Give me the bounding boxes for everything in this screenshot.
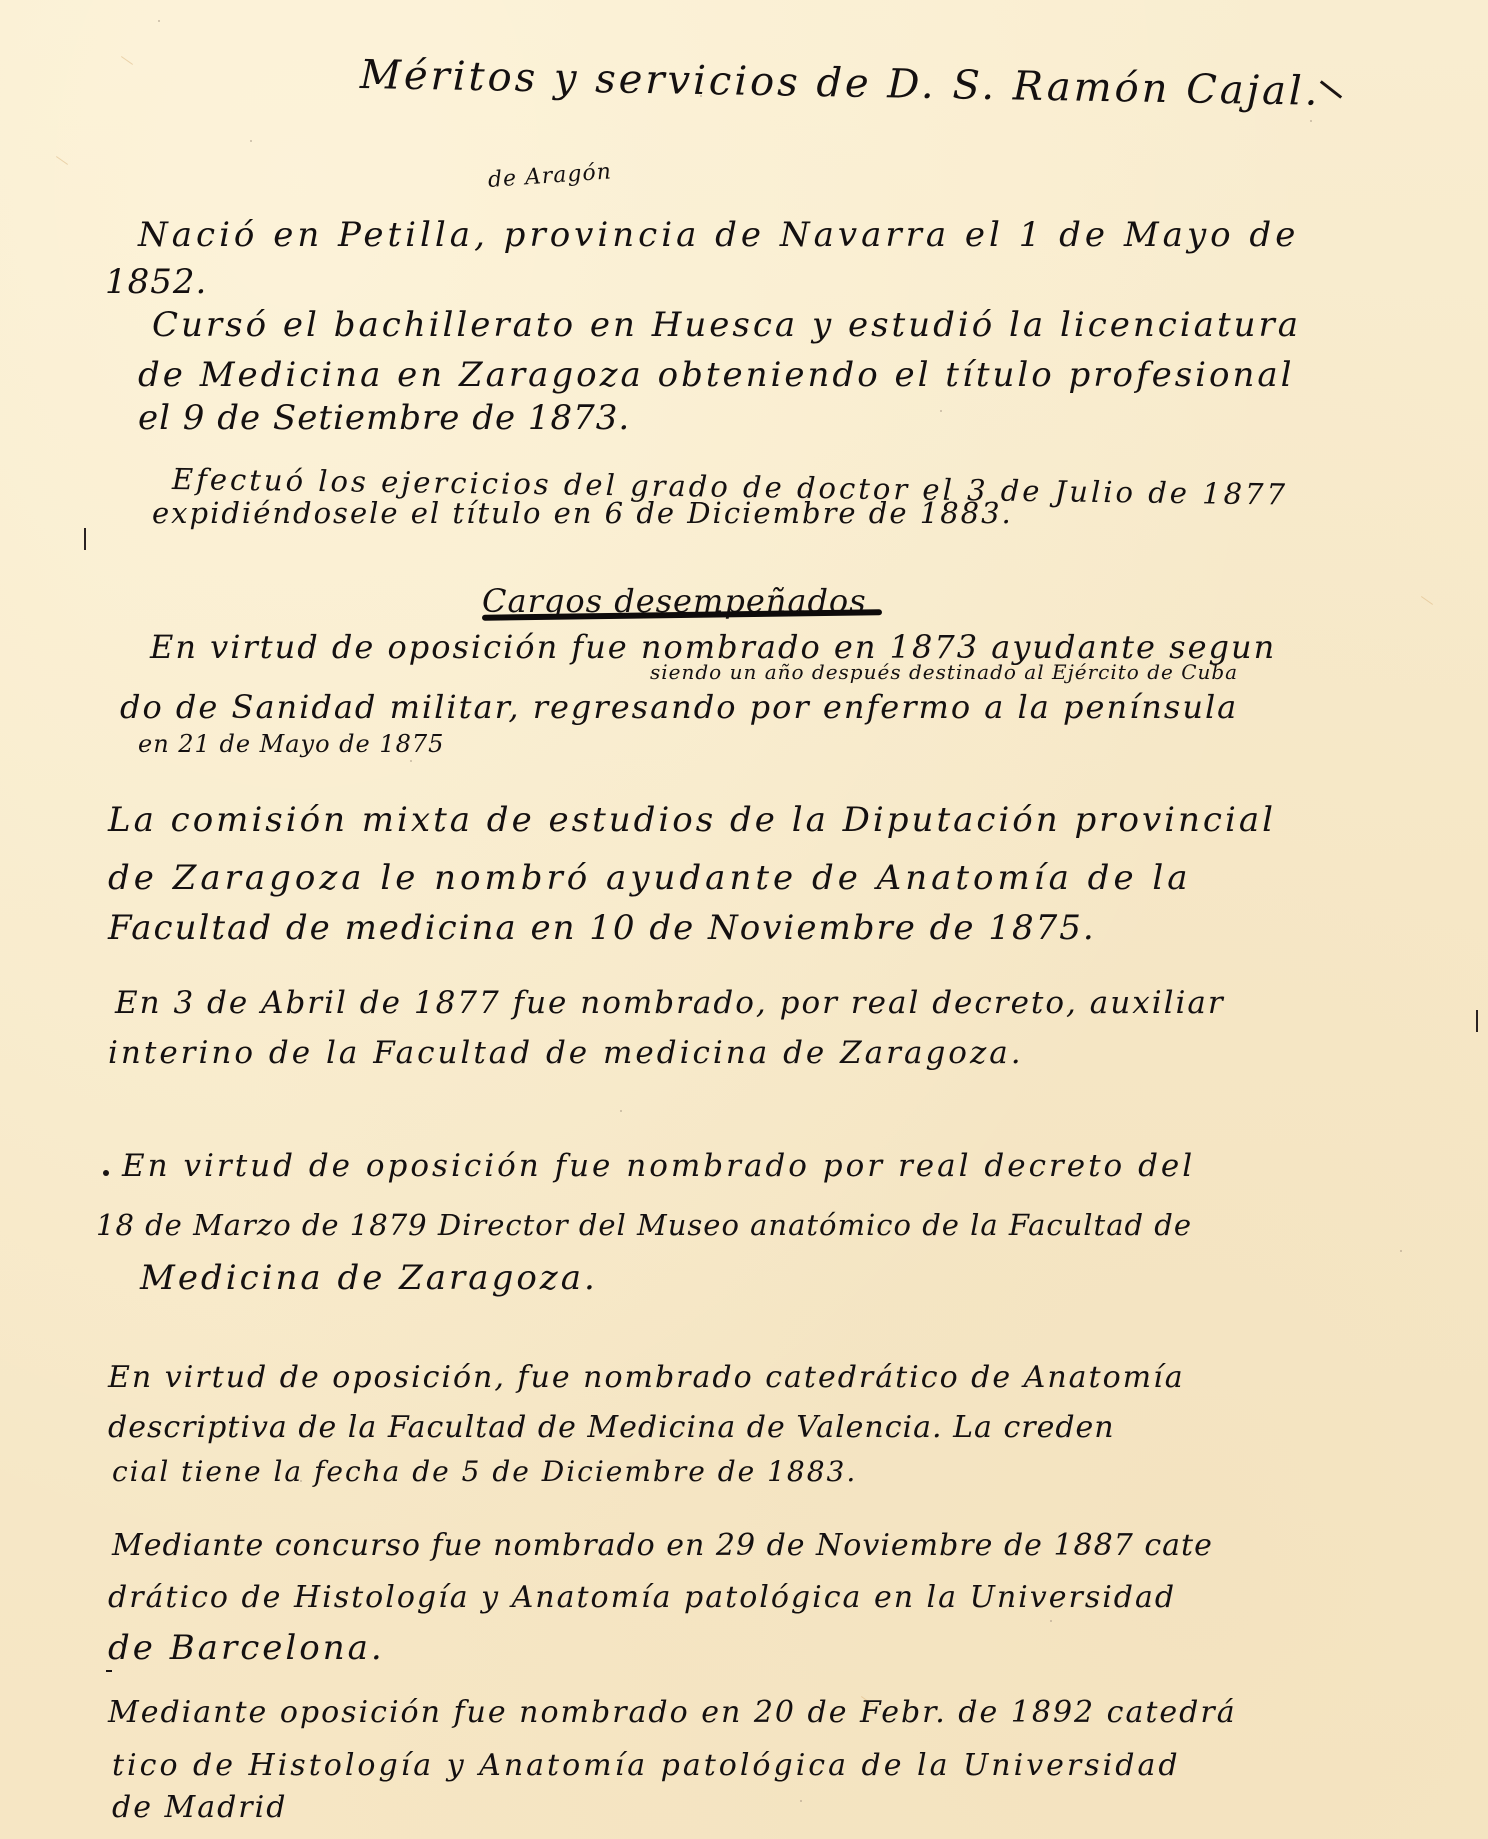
text-line: interino de la Facultad de medicina de Z… [108, 1035, 1024, 1071]
text-line: drático de Histología y Anatomía patológ… [108, 1580, 1176, 1615]
text-line: cial tiene la fecha de 5 de Diciembre de… [112, 1455, 857, 1488]
text-line: Mediante oposición fue nombrado en 20 de… [108, 1695, 1237, 1730]
text-line: de Barcelona. [108, 1628, 385, 1668]
text-line: de Medicina en Zaragoza obteniendo el tí… [138, 355, 1295, 395]
insertion-text: siendo un año después destinado al Ejérc… [650, 660, 1238, 684]
text-line: expidiéndosele el título en 6 de Diciemb… [152, 496, 1013, 530]
text-line: tico de Histología y Anatomía patológica… [112, 1748, 1181, 1783]
margin-mark [106, 1670, 112, 1672]
text-line: 18 de Marzo de 1879 Director del Museo a… [96, 1208, 1192, 1242]
margin-mark [84, 528, 86, 550]
text-line: En virtud de oposición, fue nombrado cat… [108, 1360, 1185, 1395]
text-line: de Madrid [112, 1790, 287, 1825]
text-line: La comisión mixta de estudios de la Dipu… [108, 800, 1276, 840]
text-line: 1852. [105, 262, 207, 302]
margin-mark [1476, 1010, 1478, 1032]
text-line: en 21 de Mayo de 1875 [138, 730, 444, 758]
text-line: Facultad de medicina en 10 de Noviembre … [108, 908, 1096, 948]
text-line: do de Sanidad militar, regresando por en… [120, 688, 1238, 726]
text-line: descriptiva de la Facultad de Medicina d… [108, 1410, 1115, 1445]
text-line: En virtud de oposición fue nombrado por … [122, 1148, 1195, 1184]
bullet-dot [103, 1170, 109, 1176]
text-line: el 9 de Setiembre de 1873. [138, 398, 630, 438]
text-line: Mediante concurso fue nombrado en 29 de … [112, 1528, 1213, 1563]
text-line: En 3 de Abril de 1877 fue nombrado, por … [115, 985, 1225, 1021]
text-line: Cursó el bachillerato en Huesca y estudi… [152, 305, 1301, 345]
text-line: Medicina de Zaragoza. [140, 1258, 598, 1298]
text-line: de Zaragoza le nombró ayudante de Anatom… [108, 858, 1192, 898]
text-line: Nació en Petilla, provincia de Navarra e… [138, 215, 1299, 255]
